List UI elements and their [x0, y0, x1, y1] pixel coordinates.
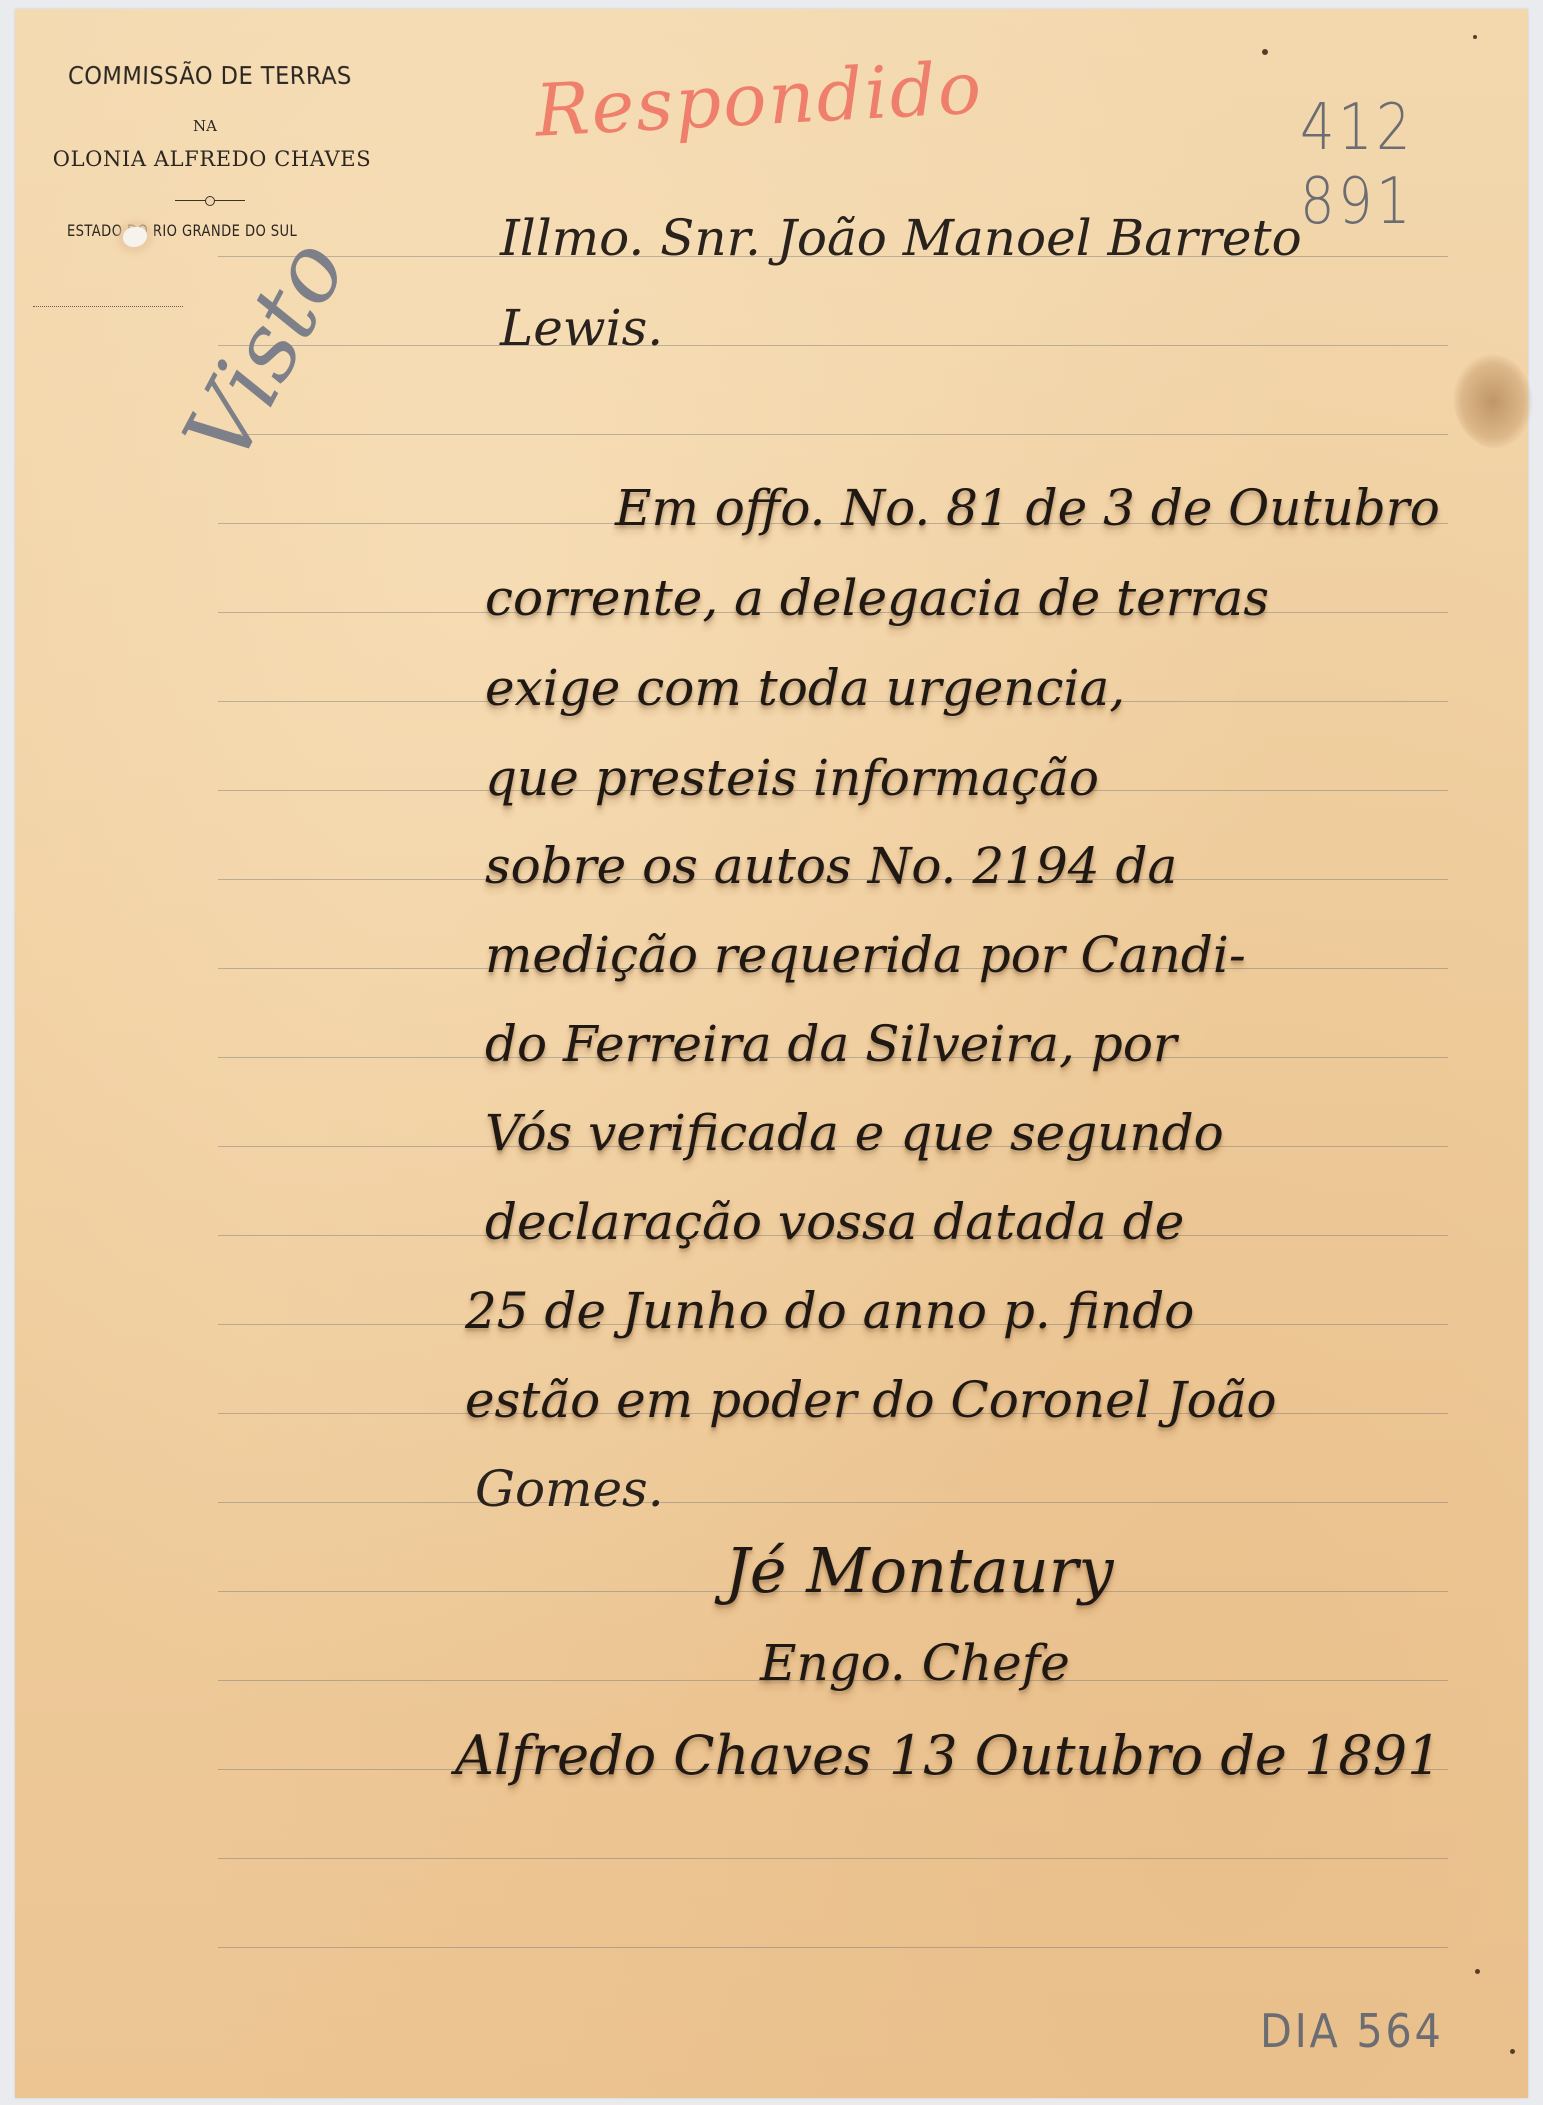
- body-line: medição requerida por Candi-: [485, 926, 1246, 984]
- ruled-line: [218, 1947, 1448, 1948]
- body-line: do Ferreira da Silveira, por: [485, 1015, 1177, 1073]
- archive-code: DIA 564: [1260, 2004, 1444, 2058]
- reference-number: 412 891: [1300, 91, 1494, 239]
- letterhead-title-text: COMMISSÃO DE TERRAS: [67, 61, 352, 90]
- body-line: estão em poder do Coronel João: [465, 1371, 1277, 1429]
- speck: [1475, 1969, 1480, 1974]
- paper-hole: [123, 227, 147, 247]
- ruled-line: [218, 1502, 1448, 1503]
- body-line: Vós verificada e que segundo: [485, 1104, 1224, 1162]
- ruled-line: [218, 345, 1448, 346]
- body-line: sobre os autos No. 2194 da: [485, 837, 1177, 895]
- signature-title: Engo. Chefe: [760, 1634, 1070, 1692]
- speck: [1510, 2049, 1515, 2054]
- speck: [1473, 35, 1477, 39]
- letterhead-na: NA: [115, 117, 295, 135]
- signature: Jé Montaury: [725, 1534, 1113, 1607]
- body-line: Em offo. No. 81 de 3 de Outubro: [615, 479, 1440, 537]
- body-line: declaração vossa datada de: [485, 1193, 1184, 1251]
- letterhead-colonia: OLONIA ALFREDO CHAVES: [7, 147, 417, 171]
- body-line: Gomes.: [475, 1460, 664, 1518]
- ornament-divider: [175, 195, 245, 205]
- salutation-line: Illmo. Snr. João Manoel Barreto: [500, 209, 1302, 267]
- letterhead-title: COMMISSÃO DE TERRAS: [25, 61, 395, 90]
- place-date: Alfredo Chaves 13 Outubro de 1891: [455, 1724, 1441, 1787]
- body-line: exige com toda urgencia,: [485, 659, 1125, 717]
- body-line: corrente, a delegacia de terras: [485, 569, 1269, 627]
- respondido-annotation: Respondido: [533, 45, 985, 152]
- letter-paper: COMMISSÃO DE TERRAS NA OLONIA ALFREDO CH…: [15, 9, 1528, 2098]
- ruled-line: [218, 1858, 1448, 1859]
- speck: [1262, 49, 1268, 55]
- visto-annotation: Visto: [163, 223, 367, 480]
- stain: [1453, 354, 1533, 449]
- body-line: 25 de Junho do anno p. findo: [465, 1282, 1194, 1340]
- ruled-line: [218, 434, 1448, 435]
- body-line: que presteis informação: [485, 749, 1099, 807]
- dotted-line: [33, 306, 183, 307]
- salutation-line-2: Lewis.: [500, 299, 663, 357]
